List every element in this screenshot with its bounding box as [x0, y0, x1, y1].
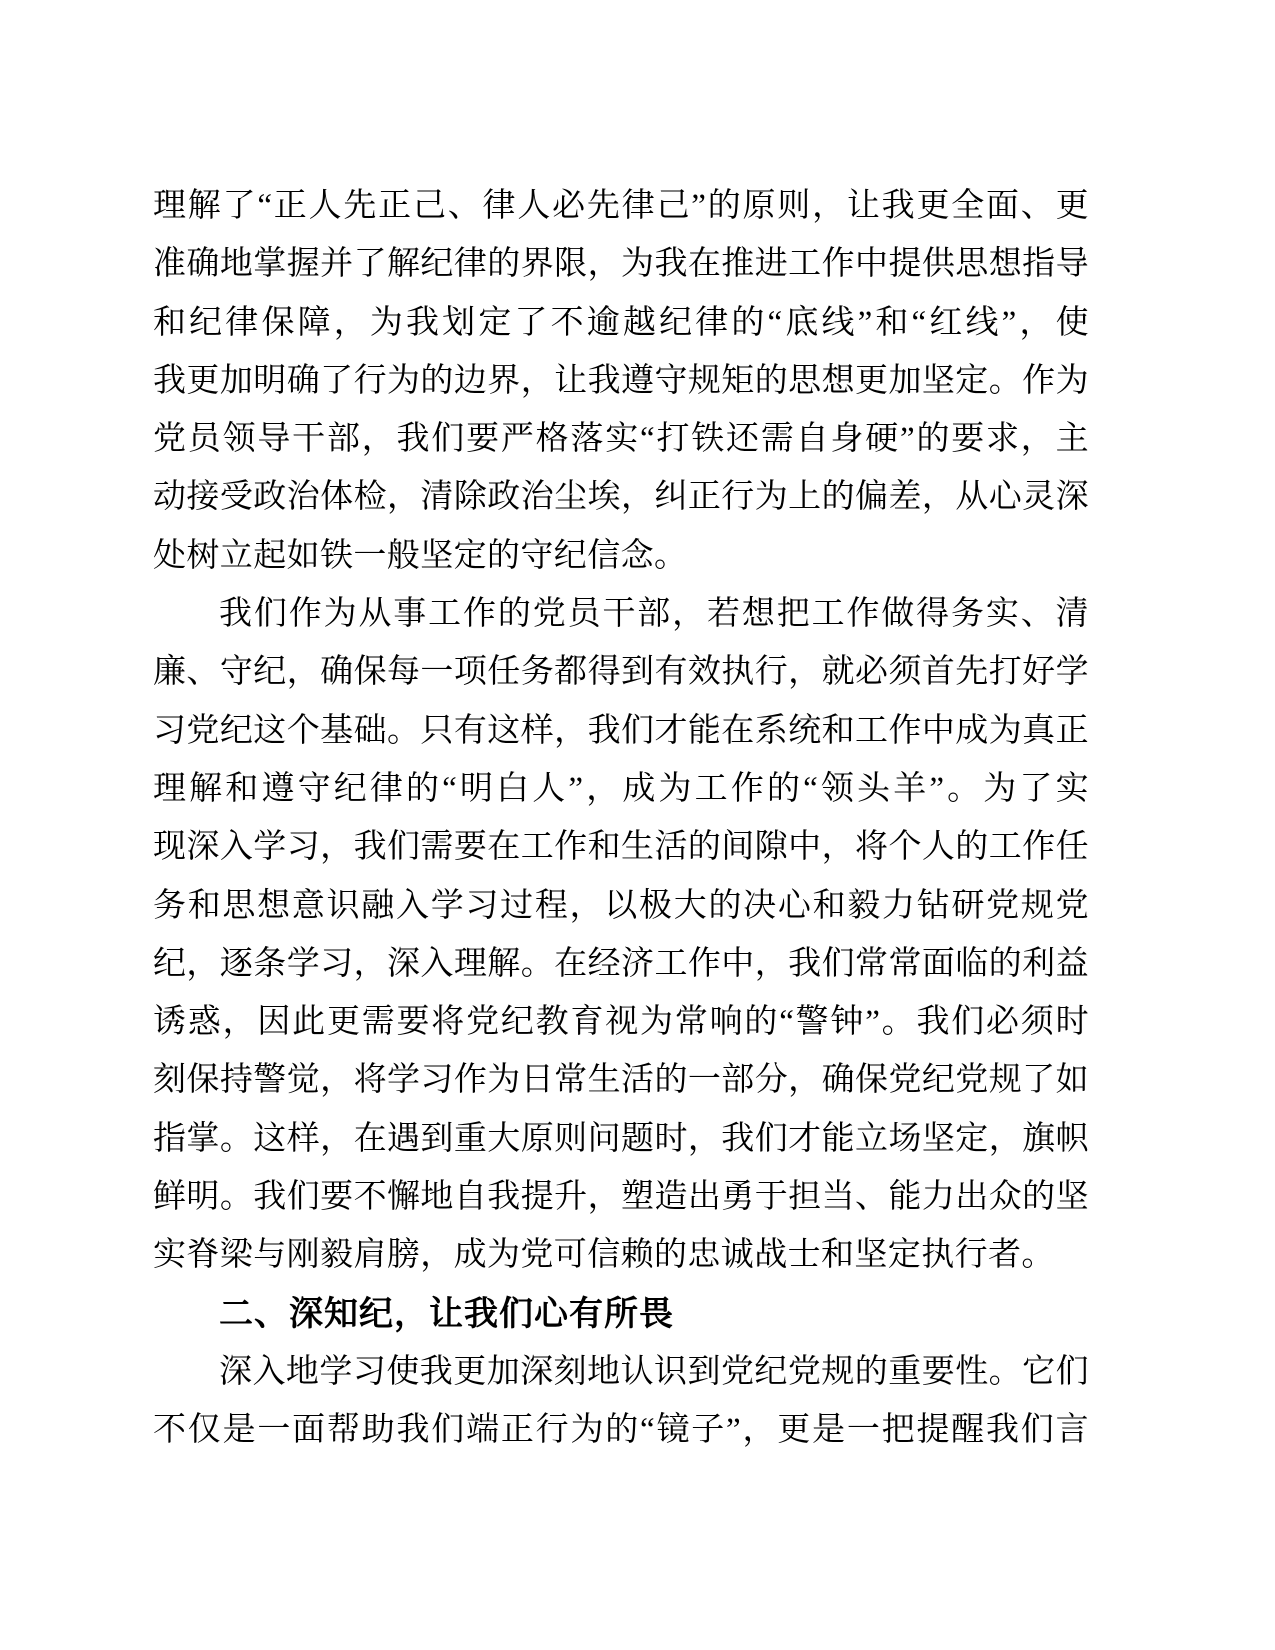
section-heading: 二、深知纪，让我们心有所畏: [153, 1285, 1089, 1343]
text-line: 理解了“正人先正己、律人必先律己”的原则，让我更全面、更: [153, 177, 1089, 235]
text-line: 我更加明确了行为的边界，让我遵守规矩的思想更加坚定。作为: [153, 352, 1089, 410]
text-line: 动接受政治体检，清除政治尘埃，纠正行为上的偏差，从心灵深: [153, 468, 1089, 526]
text-line: 准确地掌握并了解纪律的界限，为我在推进工作中提供思想指导: [153, 235, 1089, 293]
text-line: 鲜明。我们要不懈地自我提升，塑造出勇于担当、能力出众的坚: [153, 1168, 1089, 1226]
text-line: 不仅是一面帮助我们端正行为的“镜子”，更是一把提醒我们言: [153, 1401, 1089, 1459]
text-line: 党员领导干部，我们要严格落实“打铁还需自身硬”的要求，主: [153, 410, 1089, 468]
document-page: 理解了“正人先正己、律人必先律己”的原则，让我更全面、更准确地掌握并了解纪律的界…: [0, 0, 1275, 1650]
text-line: 纪，逐条学习，深入理解。在经济工作中，我们常常面临的利益: [153, 935, 1089, 993]
text-line: 刻保持警觉，将学习作为日常生活的一部分，确保党纪党规了如: [153, 1051, 1089, 1109]
paragraph: 我们作为从事工作的党员干部，若想把工作做得务实、清廉、守纪，确保每一项任务都得到…: [153, 585, 1089, 1285]
text-line: 理解和遵守纪律的“明白人”，成为工作的“领头羊”。为了实: [153, 760, 1089, 818]
text-line: 和纪律保障，为我划定了不逾越纪律的“底线”和“红线”，使: [153, 294, 1089, 352]
text-line: 诱惑，因此更需要将党纪教育视为常响的“警钟”。我们必须时: [153, 993, 1089, 1051]
text-line: 深入地学习使我更加深刻地认识到党纪党规的重要性。它们: [153, 1343, 1089, 1401]
text-line: 处树立起如铁一般坚定的守纪信念。: [153, 527, 1089, 585]
text-line: 现深入学习，我们需要在工作和生活的间隙中，将个人的工作任: [153, 818, 1089, 876]
text-line: 务和思想意识融入学习过程，以极大的决心和毅力钻研党规党: [153, 877, 1089, 935]
text-line: 我们作为从事工作的党员干部，若想把工作做得务实、清: [153, 585, 1089, 643]
text-line: 廉、守纪，确保每一项任务都得到有效执行，就必须首先打好学: [153, 643, 1089, 701]
text-line: 习党纪这个基础。只有这样，我们才能在系统和工作中成为真正: [153, 702, 1089, 760]
paragraph: 理解了“正人先正己、律人必先律己”的原则，让我更全面、更准确地掌握并了解纪律的界…: [153, 177, 1089, 585]
text-line: 二、深知纪，让我们心有所畏: [153, 1285, 1089, 1343]
text-line: 实脊梁与刚毅肩膀，成为党可信赖的忠诚战士和坚定执行者。: [153, 1226, 1089, 1284]
text-line: 指掌。这样，在遇到重大原则问题时，我们才能立场坚定，旗帜: [153, 1110, 1089, 1168]
document-body: 理解了“正人先正己、律人必先律己”的原则，让我更全面、更准确地掌握并了解纪律的界…: [153, 177, 1089, 1460]
paragraph: 深入地学习使我更加深刻地认识到党纪党规的重要性。它们不仅是一面帮助我们端正行为的…: [153, 1343, 1089, 1460]
